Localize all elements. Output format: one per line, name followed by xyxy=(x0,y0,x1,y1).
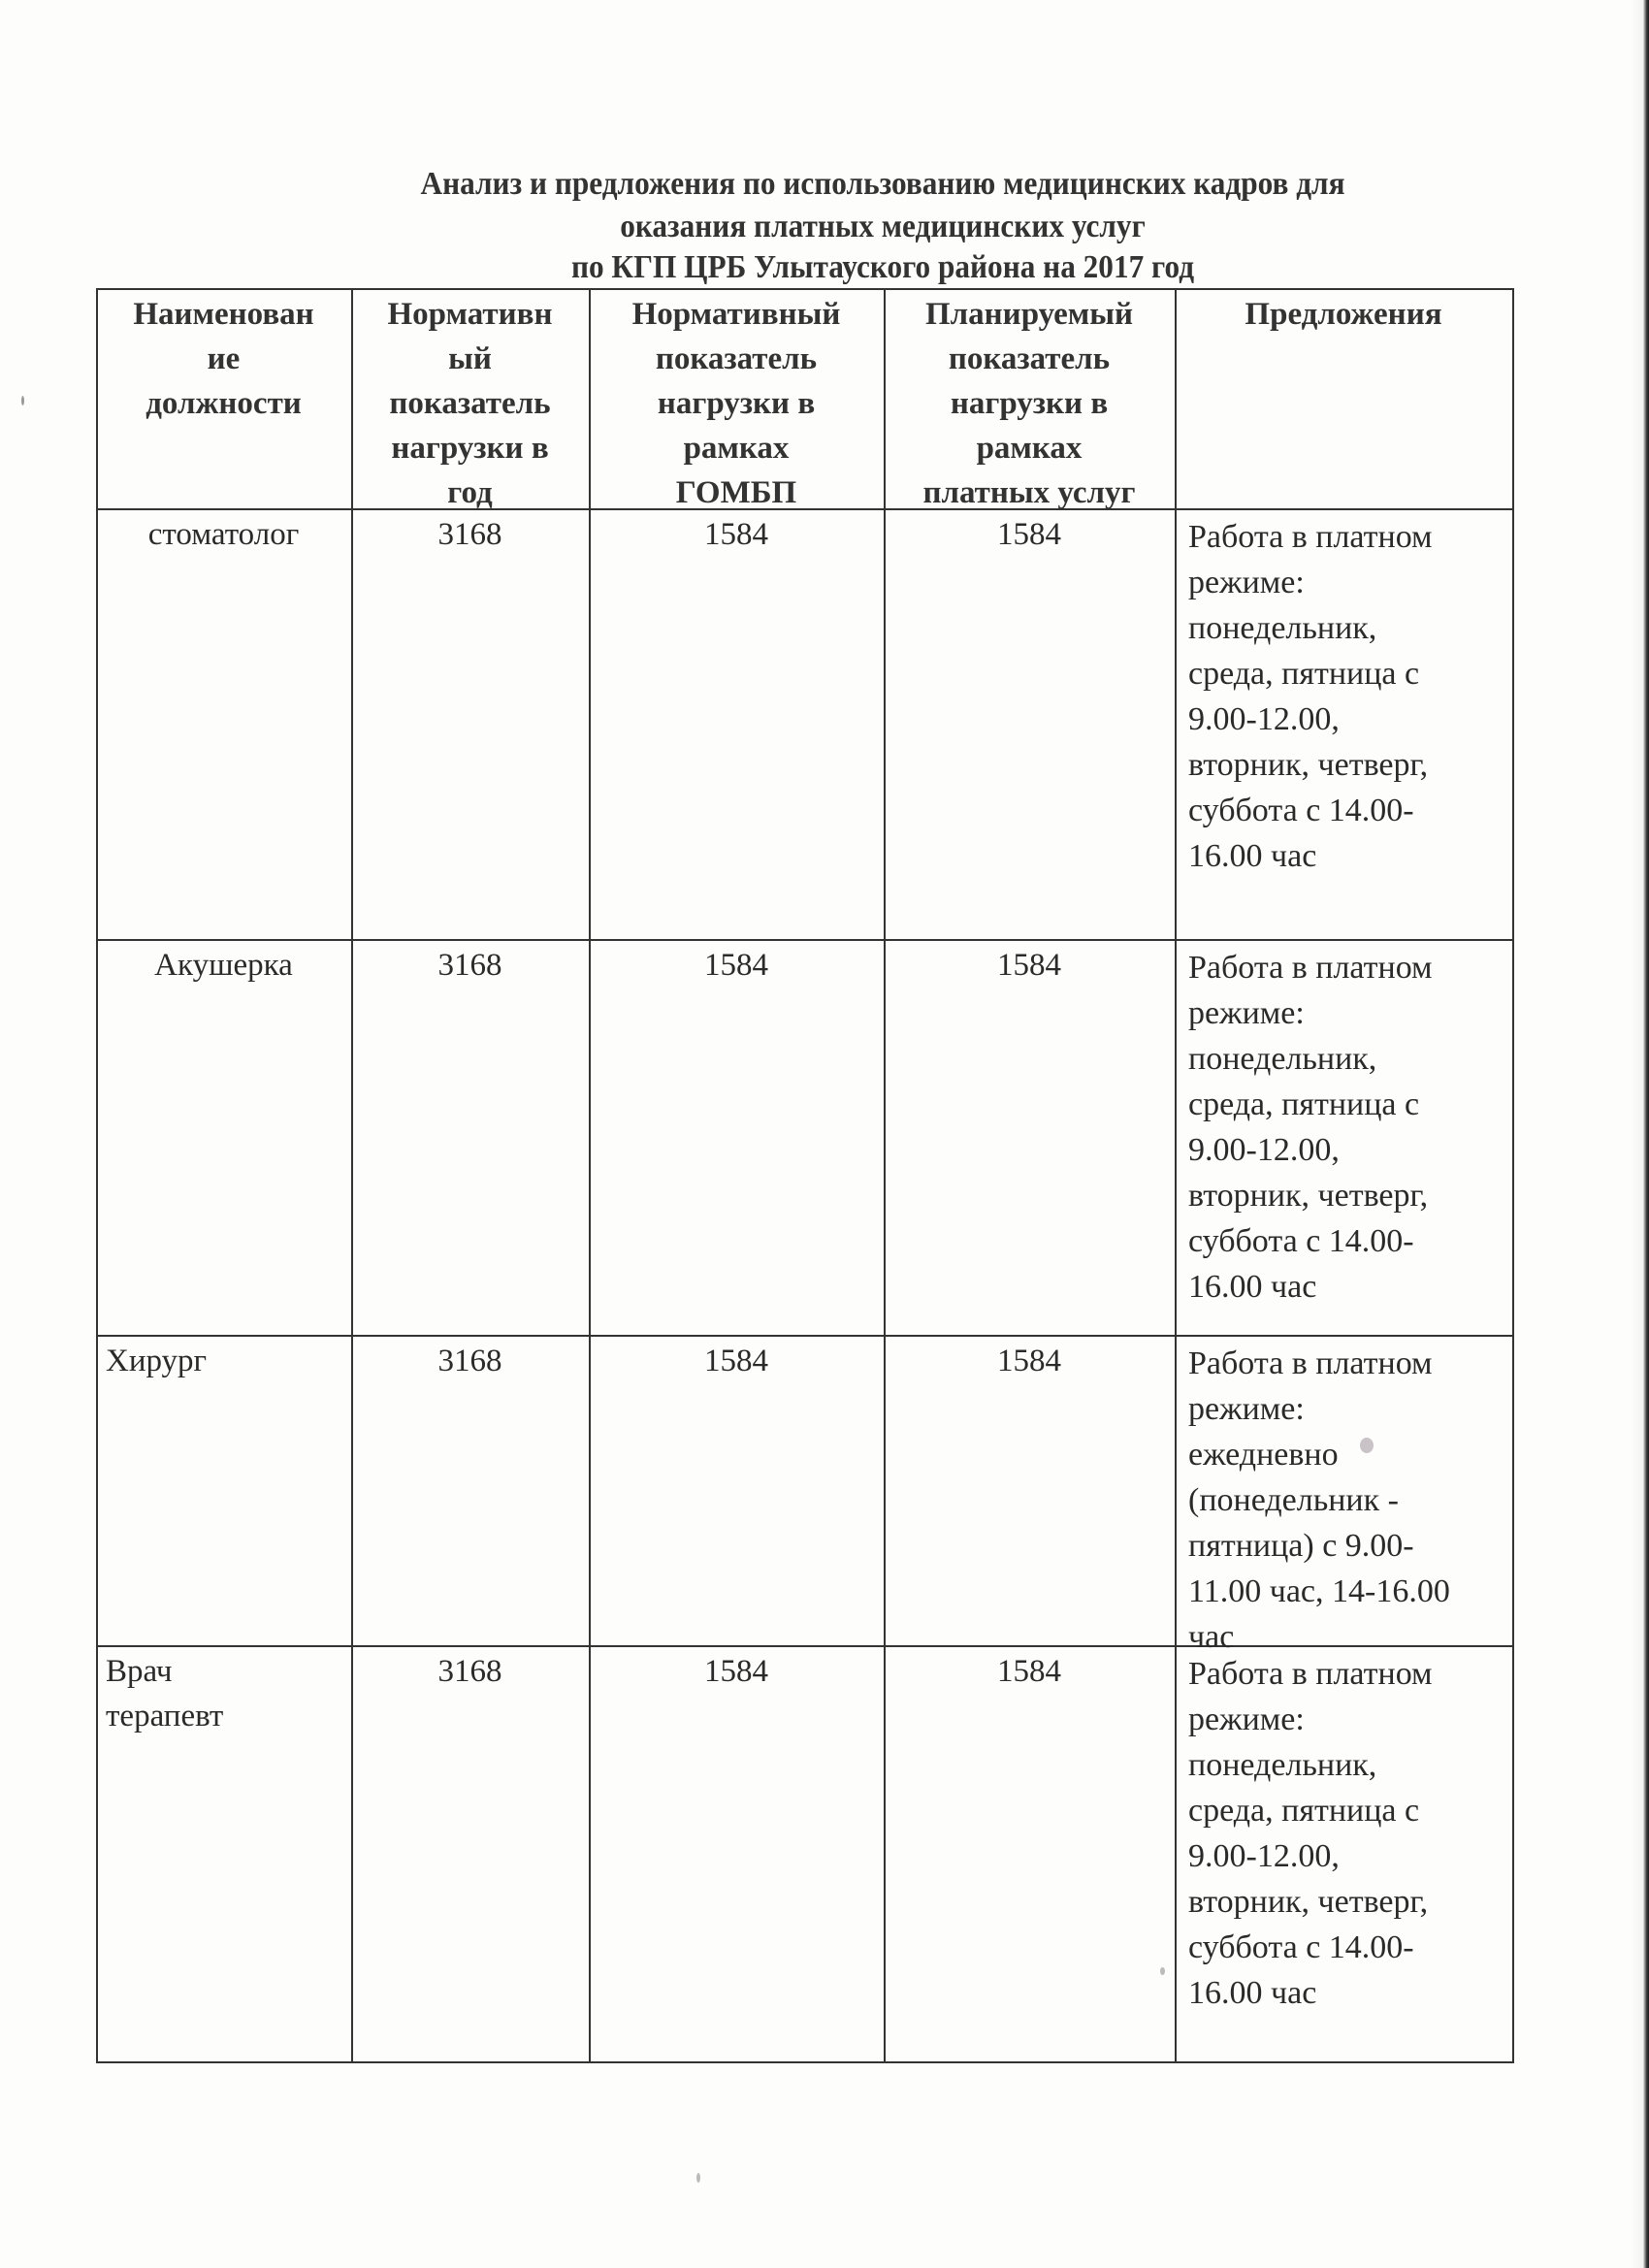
document-title-line-3: по КГП ЦРБ Улытауского района на 2017 го… xyxy=(124,246,1641,289)
scan-speck xyxy=(1160,1967,1165,1975)
table-cell-paid-planned: 1584 xyxy=(884,508,1175,939)
column-header-proposal: Предложения xyxy=(1175,288,1512,508)
table-cell-gombp-norm: 1584 xyxy=(589,939,884,1335)
table-column-divider xyxy=(1512,288,1514,2063)
table-cell-proposal: Работа в платном режиме: понедельник, ср… xyxy=(1175,508,1512,939)
table-cell-position: Хирург xyxy=(96,1335,351,1645)
table-row-divider xyxy=(96,2061,1514,2063)
table-cell-annual-norm: 3168 xyxy=(351,1335,589,1645)
column-header-position: Наименован ие должности xyxy=(96,288,351,508)
scan-edge xyxy=(1643,0,1649,2268)
scan-speck xyxy=(21,396,24,405)
table-cell-annual-norm: 3168 xyxy=(351,508,589,939)
document-title-line-2: оказания платных медицинских услуг xyxy=(124,206,1641,248)
table-cell-position: Врач терапевт xyxy=(96,1645,351,2061)
table-cell-gombp-norm: 1584 xyxy=(589,1335,884,1645)
table-cell-gombp-norm: 1584 xyxy=(589,1645,884,2061)
table-cell-gombp-norm: 1584 xyxy=(589,508,884,939)
table-cell-proposal: Работа в платном режиме: ежедневно (поне… xyxy=(1175,1335,1512,1645)
scan-shadow xyxy=(1630,0,1643,2268)
table-cell-annual-norm: 3168 xyxy=(351,939,589,1335)
scan-speck xyxy=(696,2173,700,2183)
table-cell-paid-planned: 1584 xyxy=(884,1645,1175,2061)
scan-smudge xyxy=(1360,1438,1374,1453)
column-header-annual-norm: Нормативн ый показатель нагрузки в год xyxy=(351,288,589,508)
table-cell-position: Акушерка xyxy=(96,939,351,1335)
table-cell-annual-norm: 3168 xyxy=(351,1645,589,2061)
document-title-line-1: Анализ и предложения по использованию ме… xyxy=(124,163,1641,206)
column-header-gombp-norm: Нормативный показатель нагрузки в рамках… xyxy=(589,288,884,508)
column-header-paid-planned: Планируемый показатель нагрузки в рамках… xyxy=(884,288,1175,508)
table-cell-paid-planned: 1584 xyxy=(884,1335,1175,1645)
table-cell-proposal: Работа в платном режиме: понедельник, ср… xyxy=(1175,1645,1512,2061)
table-cell-position: стоматолог xyxy=(96,508,351,939)
table-cell-paid-planned: 1584 xyxy=(884,939,1175,1335)
table-cell-proposal: Работа в платном режиме: понедельник, ср… xyxy=(1175,939,1512,1335)
